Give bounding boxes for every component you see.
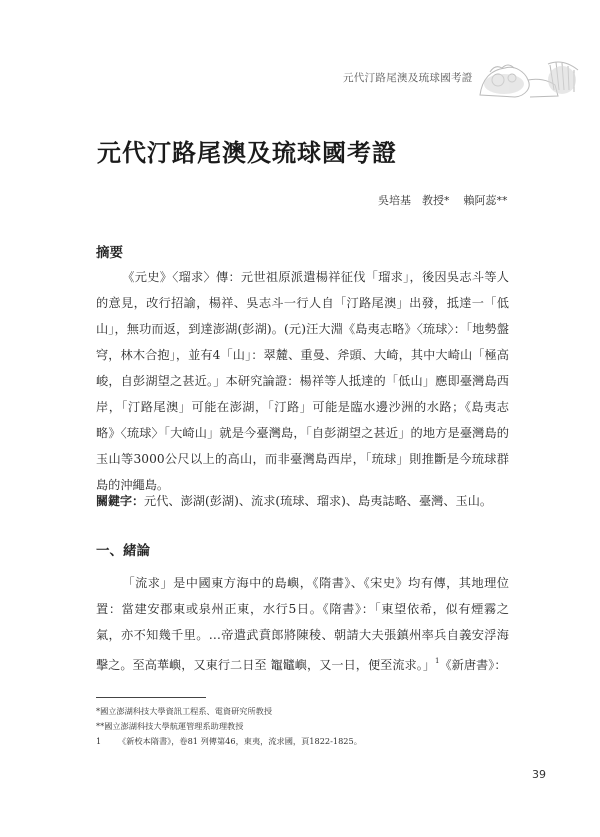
- footnote-divider: [96, 697, 206, 698]
- author-2: 賴阿蕊**: [464, 194, 508, 207]
- page-number: 39: [532, 768, 546, 781]
- footnote-mark: 1: [96, 734, 118, 749]
- introduction-text-tail: 《新唐書》：: [440, 658, 507, 672]
- footnote-text: 國立澎湖科技大學資訊工程系、電資研究所教授: [100, 706, 272, 716]
- running-header: 元代汀路尾澳及琉球國考證: [343, 70, 473, 85]
- footnote-affiliation-2: **國立澎湖科技大學航運管理系助理教授: [96, 719, 362, 734]
- keywords-list: 元代、澎湖(彭湖)、流求(琉球、瑠求)、島夷誌略、臺灣、玉山。: [144, 494, 492, 508]
- footnote-mark: **: [96, 721, 104, 731]
- section-heading-introduction: 一、緒論: [96, 539, 150, 559]
- keywords: 關鍵字：元代、澎湖(彭湖)、流求(琉球、瑠求)、島夷誌略、臺灣、玉山。: [96, 492, 492, 509]
- abstract-heading: 摘要: [96, 241, 123, 261]
- abstract-text: 《元史》〈瑠求〉傳：元世祖原派遣楊祥征伐「瑠求」，後因吳志斗等人的意見，改行招諭…: [96, 270, 509, 492]
- footnote-1: 1《新校本隋書》，卷81 列傳第46，東夷，流求國，頁1822-1825。: [96, 734, 362, 749]
- footnote-text: 《新校本隋書》，卷81 列傳第46，東夷，流求國，頁1822-1825。: [118, 736, 362, 746]
- keywords-label: 關鍵字：: [96, 494, 144, 508]
- footnote-affiliation-1: *國立澎湖科技大學資訊工程系、電資研究所教授: [96, 704, 362, 719]
- abstract-body: 《元史》〈瑠求〉傳：元世祖原派遣楊祥征伐「瑠求」，後因吳志斗等人的意見，改行招諭…: [96, 264, 509, 498]
- stone-lion-decoration-icon: [470, 50, 600, 100]
- author-1: 吳培基 教授*: [378, 194, 450, 207]
- footnote-text: 國立澎湖科技大學航運管理系助理教授: [104, 721, 243, 731]
- paper-title: 元代汀路尾澳及琉球國考證: [97, 133, 397, 168]
- footnotes: *國立澎湖科技大學資訊工程系、電資研究所教授 **國立澎湖科技大學航運管理系助理…: [96, 704, 362, 749]
- author-line: 吳培基 教授*賴阿蕊**: [378, 192, 508, 208]
- introduction-body: 「流求」是中國東方海中的島嶼，《隋書》、《宋史》均有傳，其地理位置：當建安郡東或…: [96, 570, 509, 678]
